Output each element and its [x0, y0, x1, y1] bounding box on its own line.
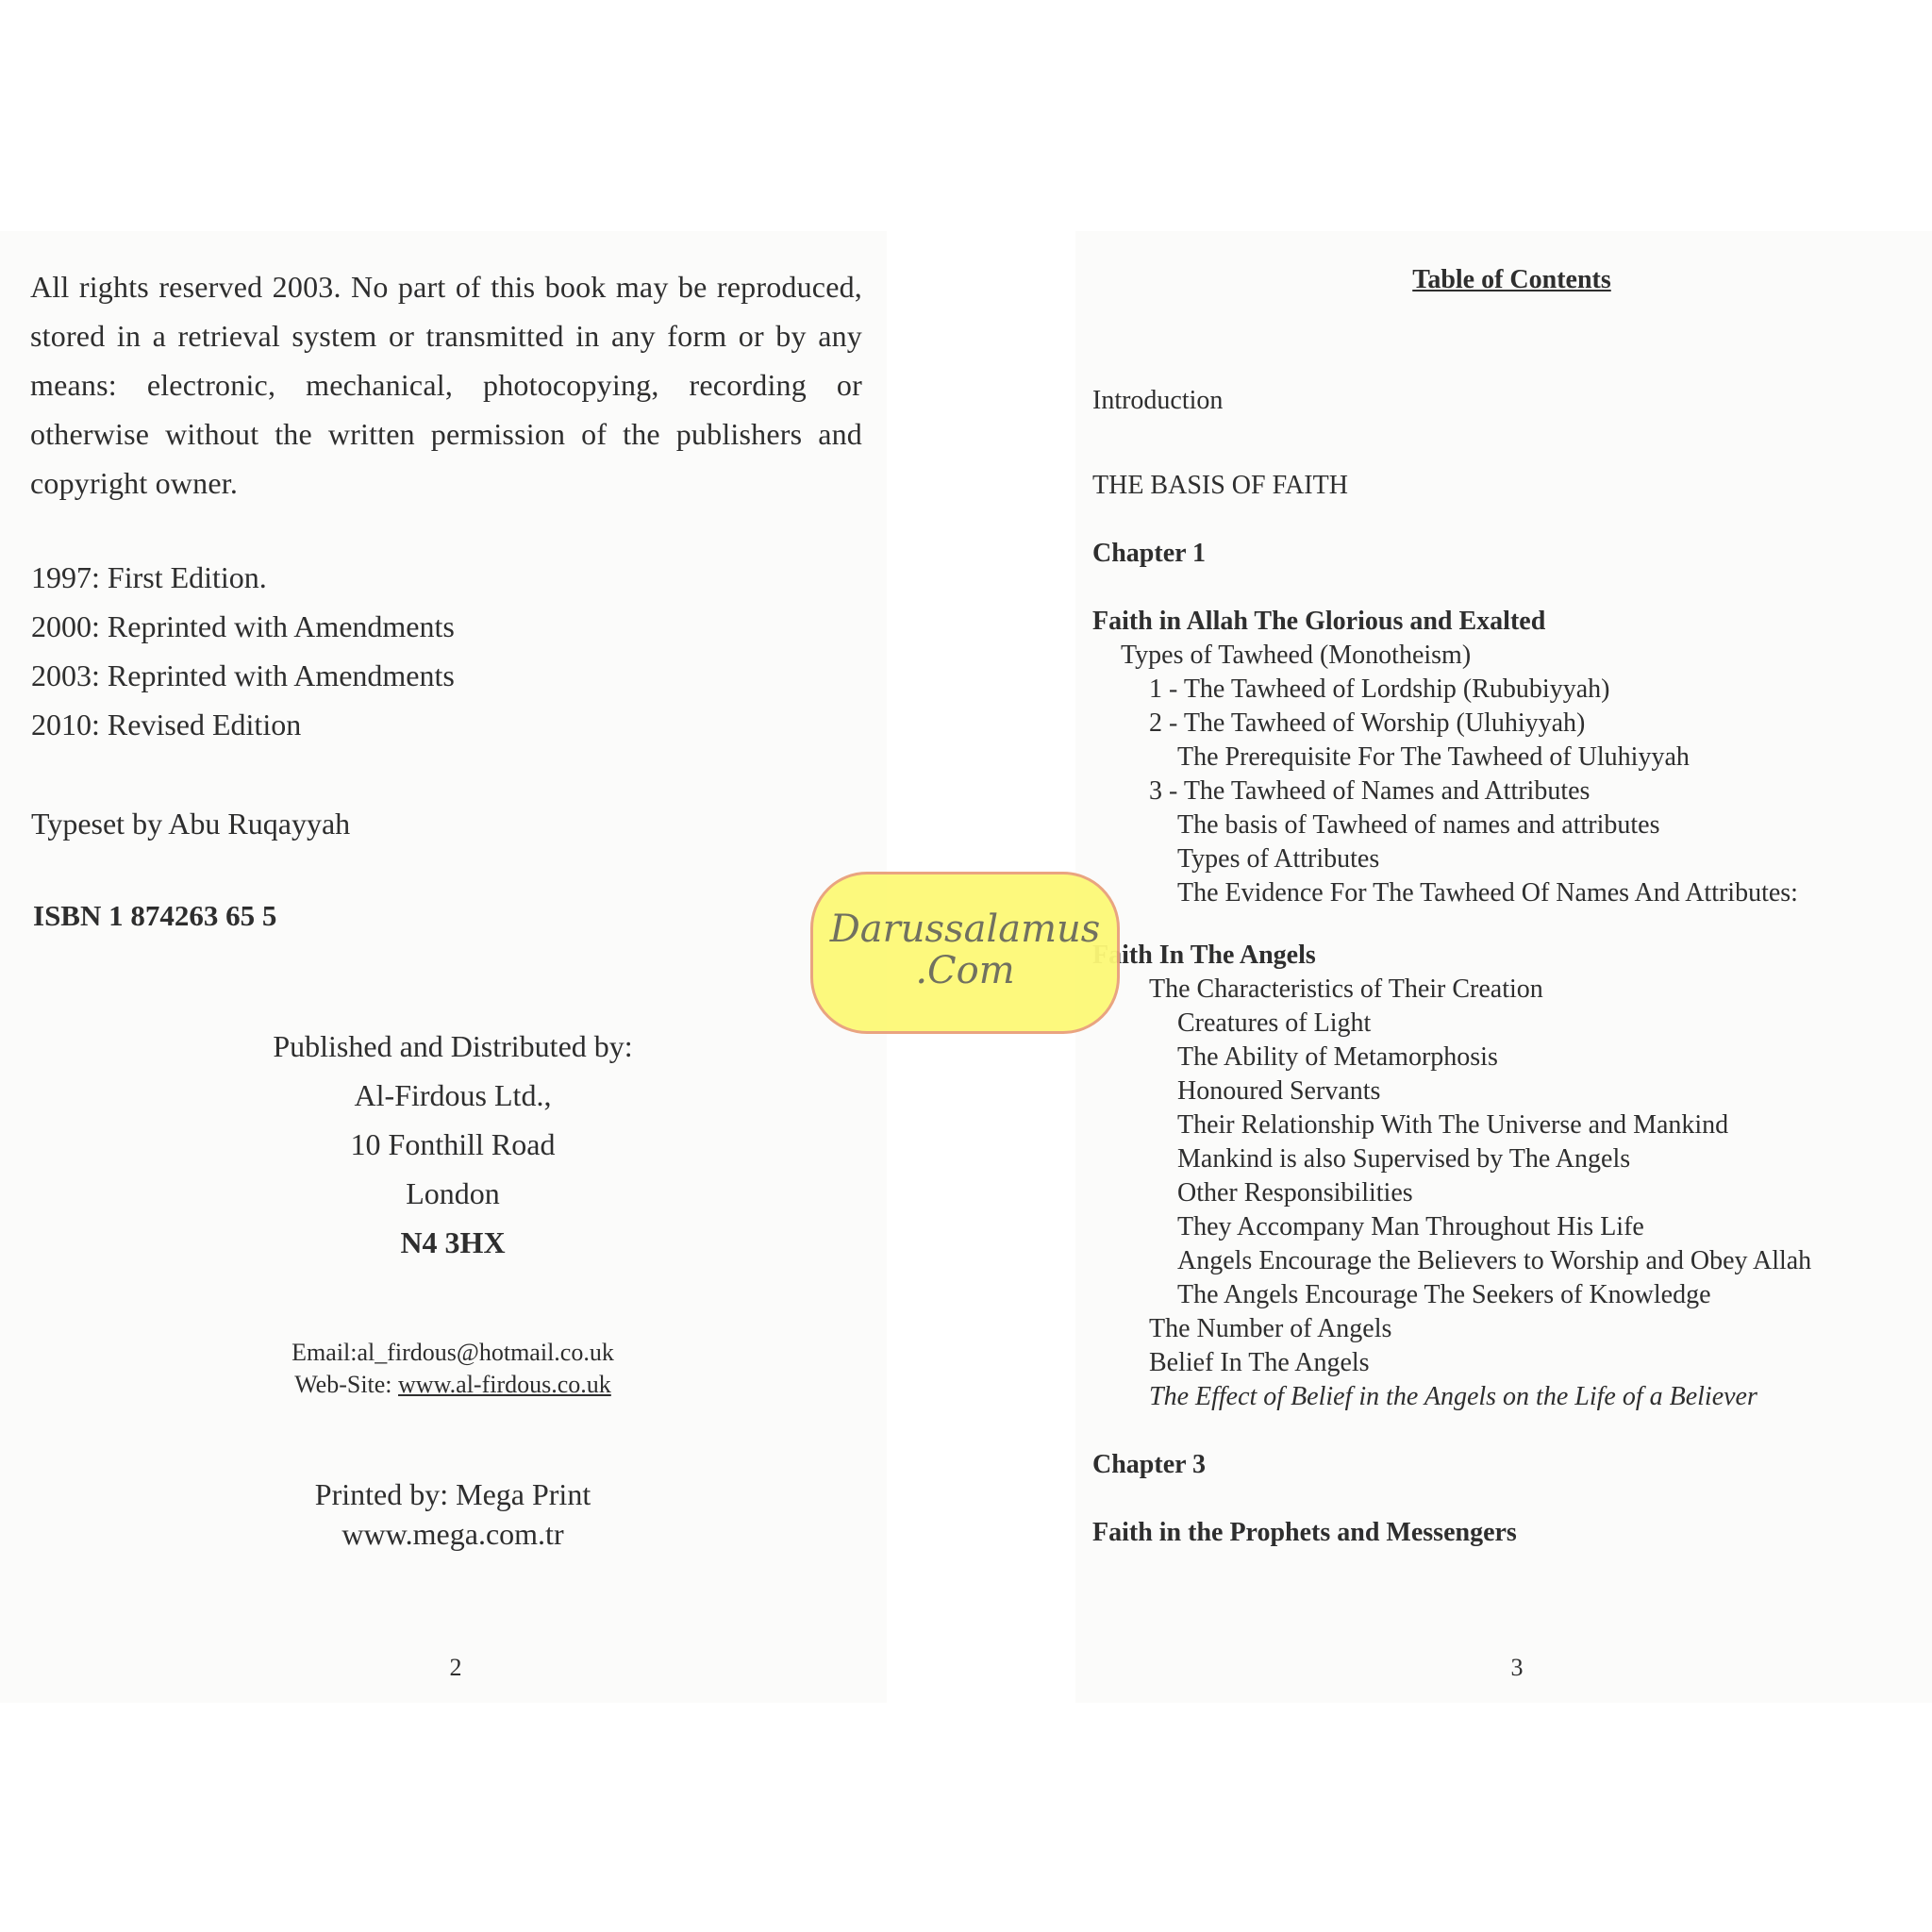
- toc-entry[interactable]: Belief In The Angels98: [1092, 1346, 1932, 1380]
- toc-entry[interactable]: Faith In The Angels73: [1092, 939, 1932, 973]
- contact-website: Web-Site: www.al-firdous.co.uk: [0, 1369, 906, 1401]
- toc-entry[interactable]: The Prerequisite For The Tawheed of Uluh…: [1092, 741, 1932, 774]
- contact-block: Email:al_firdous@hotmail.co.uk Web-Site:…: [0, 1337, 906, 1401]
- toc-entry[interactable]: The Effect of Belief in the Angels on th…: [1092, 1380, 1932, 1414]
- toc-entry-title: 3 - The Tawheed of Names and Attributes: [1149, 774, 1590, 808]
- edition-line: 2010: Revised Edition: [31, 700, 455, 749]
- toc-entry-title: The Number of Angels: [1149, 1312, 1391, 1346]
- toc-entry[interactable]: The Evidence For The Tawheed Of Names An…: [1092, 876, 1932, 910]
- edition-history: 1997: First Edition. 2000: Reprinted wit…: [31, 553, 455, 749]
- website-link[interactable]: www.al-firdous.co.uk: [398, 1371, 611, 1398]
- toc-entry-title: The Angels Encourage The Seekers of Know…: [1177, 1278, 1711, 1312]
- typeset-credit: Typeset by Abu Ruqayyah: [31, 799, 350, 848]
- copyright-notice: All rights reserved 2003. No part of thi…: [30, 262, 862, 508]
- toc-entry[interactable]: They Accompany Man Throughout His Life87: [1092, 1210, 1932, 1244]
- toc-entry-title: The Prerequisite For The Tawheed of Uluh…: [1177, 741, 1690, 774]
- publisher-block: Published and Distributed by: Al-Firdous…: [0, 1022, 906, 1267]
- printer-url: www.mega.com.tr: [0, 1514, 906, 1554]
- toc-entry-title: THE BASIS OF FAITH: [1092, 469, 1348, 503]
- toc-entry[interactable]: Creatures of Light77: [1092, 1007, 1932, 1041]
- contact-email: Email:al_firdous@hotmail.co.uk: [0, 1337, 906, 1369]
- edition-line: 2003: Reprinted with Amendments: [31, 651, 455, 700]
- watermark-line-1: Darussalamus: [813, 908, 1117, 950]
- edition-line: 1997: First Edition.: [31, 553, 455, 602]
- toc-entry[interactable]: 2 - The Tawheed of Worship (Uluhiyyah)33: [1092, 707, 1932, 741]
- toc-entry-title: 2 - The Tawheed of Worship (Uluhiyyah): [1149, 707, 1585, 741]
- toc-entry[interactable]: Types of Attributes56: [1092, 842, 1932, 876]
- printer-name: Printed by: Mega Print: [0, 1474, 906, 1514]
- toc-entry-title: Other Responsibilities: [1177, 1176, 1413, 1210]
- toc-entry[interactable]: 3 - The Tawheed of Names and Attributes4…: [1092, 774, 1932, 808]
- toc-entry[interactable]: Faith in Allah The Glorious and Exalted1…: [1092, 605, 1932, 639]
- toc-entry[interactable]: The Ability of Metamorphosis78: [1092, 1041, 1932, 1074]
- toc-entry-title: The Ability of Metamorphosis: [1177, 1041, 1498, 1074]
- toc-entry-title: Mankind is also Supervised by The Angels: [1177, 1142, 1630, 1176]
- toc-entry-title: Honoured Servants: [1177, 1074, 1380, 1108]
- toc-entry-title: Types of Attributes: [1177, 842, 1379, 876]
- isbn: ISBN 1 874263 65 5: [33, 891, 276, 941]
- toc-entry-title: The Evidence For The Tawheed Of Names An…: [1177, 876, 1798, 910]
- toc-entry-title: Faith In The Angels: [1092, 939, 1316, 973]
- toc-entry[interactable]: The Characteristics of Their Creation76: [1092, 973, 1932, 1007]
- toc-entry-title: Faith in Allah The Glorious and Exalted: [1092, 605, 1545, 639]
- toc-entry[interactable]: Angels Encourage the Believers to Worshi…: [1092, 1244, 1932, 1278]
- publisher-name: Al-Firdous Ltd.,: [0, 1071, 906, 1120]
- toc-entry[interactable]: 1 - The Tawheed of Lordship (Rububiyyah)…: [1092, 673, 1932, 707]
- toc-entry-title: Chapter 1: [1092, 537, 1206, 571]
- toc-entry[interactable]: THE BASIS OF FAITH14: [1092, 469, 1932, 503]
- toc-entry[interactable]: Honoured Servants80: [1092, 1074, 1932, 1108]
- toc-entry[interactable]: The basis of Tawheed of names and attrib…: [1092, 808, 1932, 842]
- watermark-line-2: .Com: [813, 950, 1117, 991]
- toc-entry-title: 1 - The Tawheed of Lordship (Rububiyyah): [1149, 673, 1609, 707]
- left-page: All rights reserved 2003. No part of thi…: [0, 231, 887, 1703]
- toc-entry[interactable]: Their Relationship With The Universe and…: [1092, 1108, 1932, 1142]
- toc-entry-title: Types of Tawheed (Monotheism): [1121, 639, 1471, 673]
- toc-entry-title: Angels Encourage the Believers to Worshi…: [1177, 1244, 1811, 1278]
- toc-entry-title: Introduction: [1092, 384, 1223, 418]
- toc-entry-title: The Characteristics of Their Creation: [1149, 973, 1543, 1007]
- toc-entry[interactable]: The Number of Angels96: [1092, 1312, 1932, 1346]
- toc-entry[interactable]: Types of Tawheed (Monotheism)19: [1092, 639, 1932, 673]
- toc-entry-title: Chapter 3: [1092, 1448, 1206, 1482]
- toc-entry[interactable]: Introduction9: [1092, 384, 1932, 418]
- page-number: 3: [1498, 1654, 1536, 1682]
- toc-entry-title: They Accompany Man Throughout His Life: [1177, 1210, 1644, 1244]
- toc-entry-title: Creatures of Light: [1177, 1007, 1371, 1041]
- publisher-street: 10 Fonthill Road: [0, 1120, 906, 1169]
- publisher-postcode: N4 3HX: [0, 1218, 906, 1267]
- toc-entry-title: Belief In The Angels: [1149, 1346, 1370, 1380]
- toc-entry[interactable]: Other Responsibilities86: [1092, 1176, 1932, 1210]
- website-label: Web-Site:: [294, 1371, 398, 1398]
- right-page: Table of Contents Introduction9THE BASIS…: [1075, 231, 1932, 1703]
- publisher-city: London: [0, 1169, 906, 1218]
- toc-entry[interactable]: Chapter 119: [1092, 537, 1932, 571]
- edition-line: 2000: Reprinted with Amendments: [31, 602, 455, 651]
- toc-entry-title: Their Relationship With The Universe and…: [1177, 1108, 1728, 1142]
- toc-entry[interactable]: Mankind is also Supervised by The Angels…: [1092, 1142, 1932, 1176]
- toc-entry-title: The basis of Tawheed of names and attrib…: [1177, 808, 1659, 842]
- toc-title: Table of Contents: [1075, 264, 1932, 296]
- printer-block: Printed by: Mega Print www.mega.com.tr: [0, 1474, 906, 1554]
- page-number: 2: [437, 1654, 475, 1682]
- toc-entry[interactable]: The Angels Encourage The Seekers of Know…: [1092, 1278, 1932, 1312]
- toc-entry[interactable]: Faith in the Prophets and Messengers111: [1092, 1516, 1932, 1550]
- toc-entry-title: Faith in the Prophets and Messengers: [1092, 1516, 1517, 1550]
- watermark-logo: Darussalamus .Com: [810, 872, 1120, 1034]
- toc-entry-title: The Effect of Belief in the Angels on th…: [1149, 1380, 1757, 1414]
- toc-entry[interactable]: Chapter 3111: [1092, 1448, 1932, 1482]
- publisher-heading: Published and Distributed by:: [0, 1022, 906, 1071]
